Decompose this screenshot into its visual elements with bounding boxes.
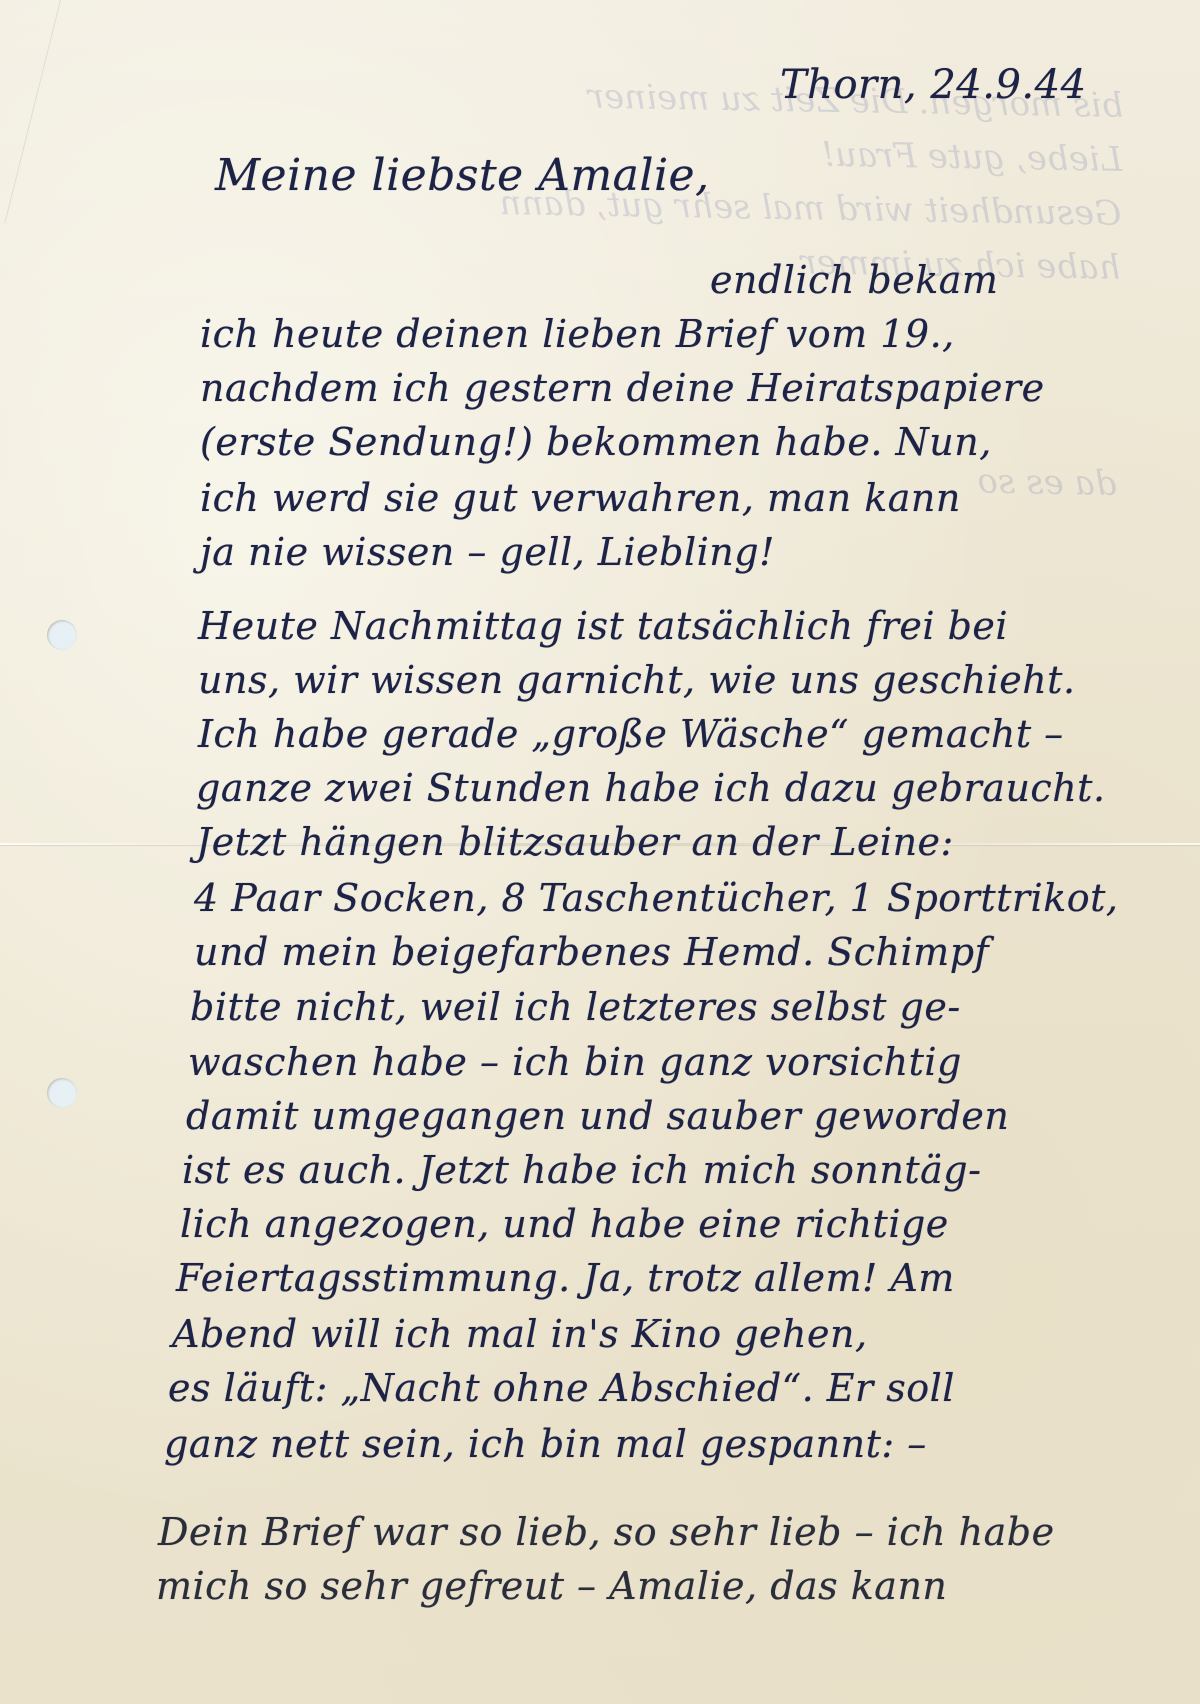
corner-crease bbox=[4, 0, 61, 223]
letter-line: ganz nett sein, ich bin mal gespannt: – bbox=[164, 1422, 927, 1466]
place-date: Thorn, 24.9.44 bbox=[780, 62, 1087, 108]
letter-line: Dein Brief war so lieb, so sehr lieb – i… bbox=[158, 1510, 1055, 1554]
letter-line: nachdem ich gestern deine Heiratspapiere bbox=[200, 366, 1045, 410]
punch-hole-bottom bbox=[47, 1078, 77, 1108]
letter-line: damit umgegangen und sauber geworden bbox=[186, 1094, 1009, 1138]
letter-line: mich so sehr gefreut – Amalie, das kann bbox=[156, 1564, 947, 1608]
letter-line: (erste Sendung!) bekommen habe. Nun, bbox=[200, 420, 992, 464]
letter-line: 4 Paar Socken, 8 Taschentücher, 1 Sportt… bbox=[194, 876, 1118, 920]
letter-line: Heute Nachmittag ist tatsächlich frei be… bbox=[198, 604, 1008, 648]
letter-line: endlich bekam bbox=[710, 258, 998, 302]
letter-line: uns, wir wissen garnicht, wie uns geschi… bbox=[198, 658, 1076, 702]
letter-line: und mein beigefarbenes Hemd. Schimpf bbox=[194, 930, 989, 974]
letter-line: Jetzt hängen blitzsauber an der Leine: bbox=[196, 820, 954, 864]
punch-hole-top bbox=[47, 620, 77, 650]
letter-line: Ich habe gerade „große Wäsche“ gemacht – bbox=[198, 712, 1064, 756]
letter-line: waschen habe – ich bin ganz vorsichtig bbox=[188, 1040, 962, 1084]
letter-line: ja nie wissen – gell, Liebling! bbox=[200, 530, 775, 574]
letter-line: bitte nicht, weil ich letzteres selbst g… bbox=[190, 985, 961, 1029]
letter-line: ist es auch. Jetzt habe ich mich sonntäg… bbox=[182, 1148, 981, 1192]
letter-line: ich heute deinen lieben Brief vom 19., bbox=[200, 312, 955, 356]
salutation: Meine liebste Amalie, bbox=[215, 150, 710, 201]
letter-line: Abend will ich mal in's Kino gehen, bbox=[172, 1312, 868, 1356]
letter-line: es läuft: „Nacht ohne Abschied“. Er soll bbox=[168, 1366, 955, 1410]
letter-line: lich angezogen, und habe eine richtige bbox=[180, 1202, 949, 1246]
letter-line: Feiertagsstimmung. Ja, trotz allem! Am bbox=[176, 1256, 955, 1300]
letter-line: ganze zwei Stunden habe ich dazu gebrauc… bbox=[196, 766, 1106, 810]
letter-page: bis morgen. Die Zeit zu meiner Liebe, gu… bbox=[0, 0, 1200, 1704]
letter-line: ich werd sie gut verwahren, man kann bbox=[200, 476, 961, 520]
